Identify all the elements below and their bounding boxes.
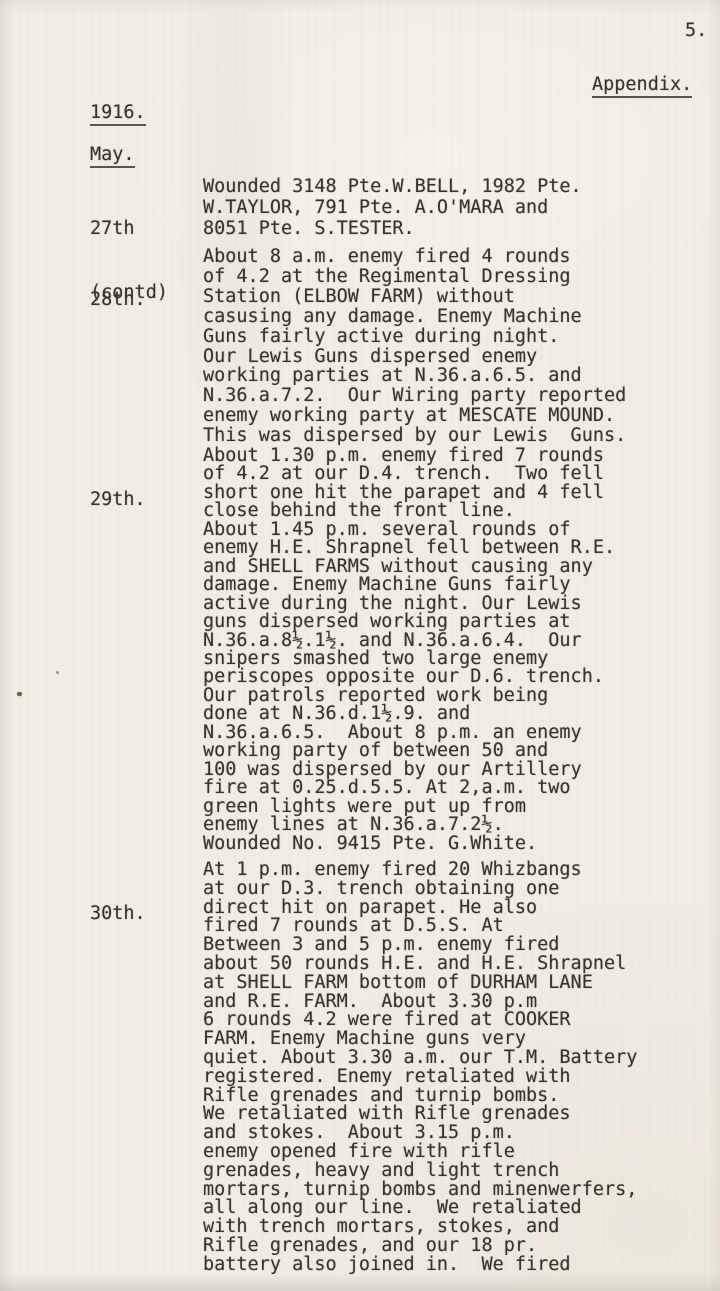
entry-line: W.TAYLOR, 791 Pte. A.O'MARA and [203,197,582,218]
entry-line: Our Lewis Guns dispersed enemy [203,347,626,367]
entry-line: at SHELL FARM bottom of DURHAM LANE [203,974,637,993]
entry-line: damage. Enemy Machine Guns fairly [203,576,615,594]
entry-line: registered. Enemy retaliated with [203,1068,637,1087]
entry-line: enemy working party at MESCATE MOUND. [203,406,626,426]
paper-speck [17,692,22,696]
entry-line: working party of between 50 and [203,742,615,760]
entry-line: quiet. About 3.30 a.m. our T.M. Battery [203,1049,637,1068]
entry-line: Rifle grenades, and our 18 pr. [203,1237,637,1256]
entry-line: grenades, heavy and light trench [203,1162,637,1181]
entry-date: 30th. [90,861,157,966]
entry-line: About 8 a.m. enemy fired 4 rounds [203,247,626,267]
entry-line: at our D.3. trench obtaining one [203,880,637,899]
entry-body: About 8 a.m. enemy fired 4 roundsof 4.2 … [203,247,626,446]
entry-line: Station (ELBOW FARM) without [203,287,626,307]
month-heading: May. [90,144,135,168]
entry-line: At 1 p.m. enemy fired 20 Whizbangs [203,861,637,880]
entry-line: battery also joined in. We fired [203,1256,637,1275]
entry-line: casusing any damage. Enemy Machine [203,307,626,327]
year-heading: 1916. [90,102,146,126]
entry-body: At 1 p.m. enemy fired 20 Whizbangsat our… [203,861,637,1275]
entry-line: enemy opened fire with rifle [203,1143,637,1162]
entry-date-label: 27th [90,218,168,239]
page-number: 5. [685,20,707,41]
entry-body: About 1.30 p.m. enemy fired 7 roundsof 4… [203,447,615,853]
entry-line: Wounded No. 9415 Pte. G.White. [203,835,615,853]
entry-line: This was dispersed by our Lewis Guns. [203,426,626,446]
entry-date-label: 28th. [90,289,157,310]
document-page: 5. Appendix. 1916. May. 27th (contd) Wou… [0,0,720,1291]
entry-line: working parties at N.36.a.6.5. and [203,366,626,386]
entry-line: Guns fairly active during night. [203,327,626,347]
entry-date-label: 30th. [90,903,157,924]
entry-date: 28th. [90,247,157,352]
entry-line: of 4.2 at the Regimental Dressing [203,267,626,287]
appendix-heading: Appendix. [592,74,692,98]
entry-line: Wounded 3148 Pte.W.BELL, 1982 Pte. [203,176,582,197]
entry-line: fire at 0.25.d.5.5. At 2,a.m. two [203,779,615,797]
paper-speck [56,671,59,674]
entry-line: about 50 rounds H.E. and H.E. Shrapnel [203,955,637,974]
entry-line: enemy lines at N.36.a.7.2½. [203,816,615,834]
entry-date: 29th. [90,447,157,552]
entry-line: N.36.a.7.2. Our Wiring party reported [203,386,626,406]
entry-date-label: 29th. [90,489,157,510]
entry-line: 8051 Pte. S.TESTER. [203,218,582,239]
entry-line: enemy H.E. Shrapnel fell between R.E. [203,539,615,557]
entry-line: guns dispersed working parties at [203,613,615,631]
entry-body: Wounded 3148 Pte.W.BELL, 1982 Pte.W.TAYL… [203,176,582,240]
